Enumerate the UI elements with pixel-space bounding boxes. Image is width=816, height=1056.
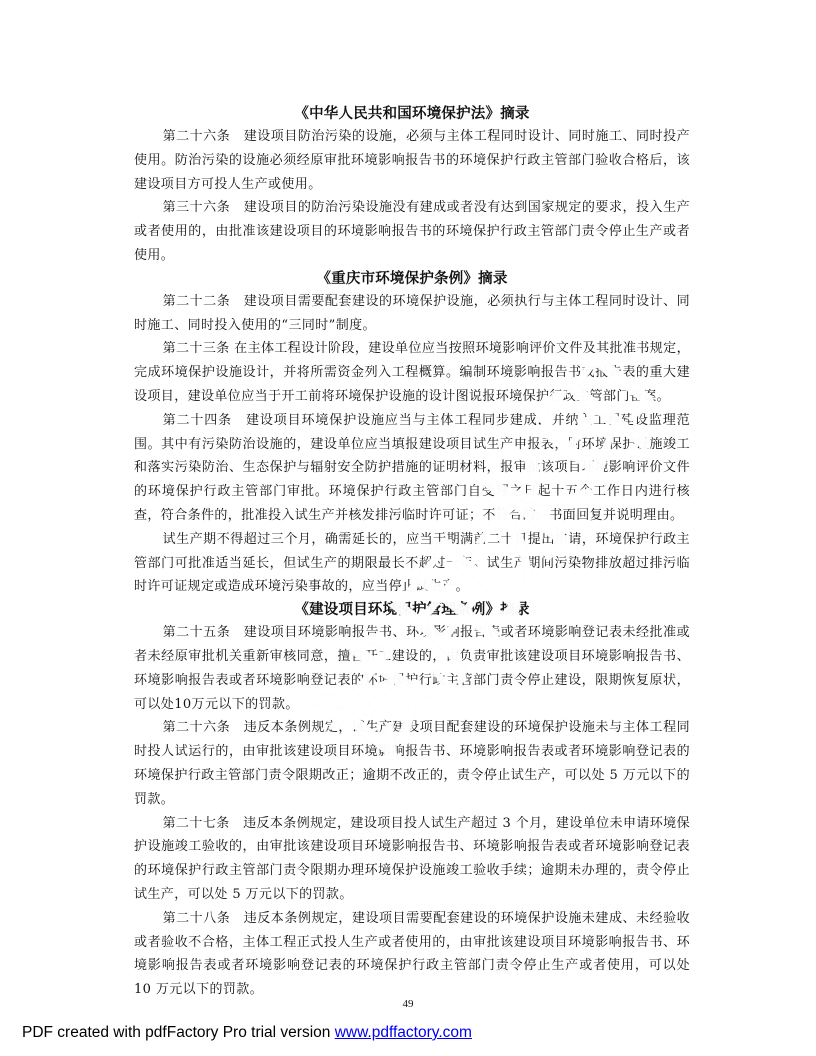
article-36: 第三十六条 建设项目的防治污染设施没有建成或者没有达到国家规定的要求，投入生产或… [134, 196, 690, 267]
section-title-environmental-protection-law: 《中华人民共和国环境保护法》摘录 [134, 103, 690, 125]
pdf-footer: PDF created with pdfFactory Pro trial ve… [22, 1024, 472, 1042]
article-27: 第二十七条 违反本条例规定，建设项目投人试生产超过 3 个月，建设单位未申请环境… [134, 812, 690, 907]
article-26: 第二十六条 建设项目防治污染的设施，必须与主体工程同时设计、同时施工、同时投产使… [134, 125, 690, 196]
footer-text: PDF created with pdfFactory Pro trial ve… [22, 1024, 335, 1041]
article-24: 第二十四条 建设项目环境保护设施应当与主体工程同步建成，并纳入工程建设监理范围。… [134, 409, 690, 528]
pdffactory-link[interactable]: www.pdffactory.com [335, 1024, 472, 1041]
article-22: 第二十二条 建设项目需要配套建设的环境保护设施，必须执行与主体工程同时设计、同时… [134, 290, 690, 338]
document-page: 《中华人民共和国环境保护法》摘录 第二十六条 建设项目防治污染的设施，必须与主体… [0, 0, 816, 1056]
trial-production-paragraph: 试生产期不得超过三个月，确需延长的，应当于期满前二十日提出申请，环境保护行政主管… [134, 528, 690, 599]
article-25: 第二十五条 建设项目环境影响报告书、环境影响报告表或者环境影响登记表未经批准或者… [134, 621, 690, 716]
section-title-chongqing-regulations: 《重庆市环境保护条例》摘录 [134, 268, 690, 290]
article-28: 第二十八条 违反本条例规定，建设项目需要配套建设的环境保护设施未建成、未经验收或… [134, 907, 690, 1002]
section-title-construction-project-regulations: 《建设项目环境保护管理条例》摘录 [134, 599, 690, 621]
article-23: 第二十三条 在主体工程设计阶段，建设单位应当按照环境影响评价文件及其批准书规定，… [134, 337, 690, 408]
page-number: 49 [0, 998, 816, 1010]
article-26b: 第二十六条 违反本条例规定，试生产建设项目配套建设的环境保护设施未与主体工程同时… [134, 716, 690, 811]
page-content: 《中华人民共和国环境保护法》摘录 第二十六条 建设项目防治污染的设施，必须与主体… [134, 103, 690, 1002]
